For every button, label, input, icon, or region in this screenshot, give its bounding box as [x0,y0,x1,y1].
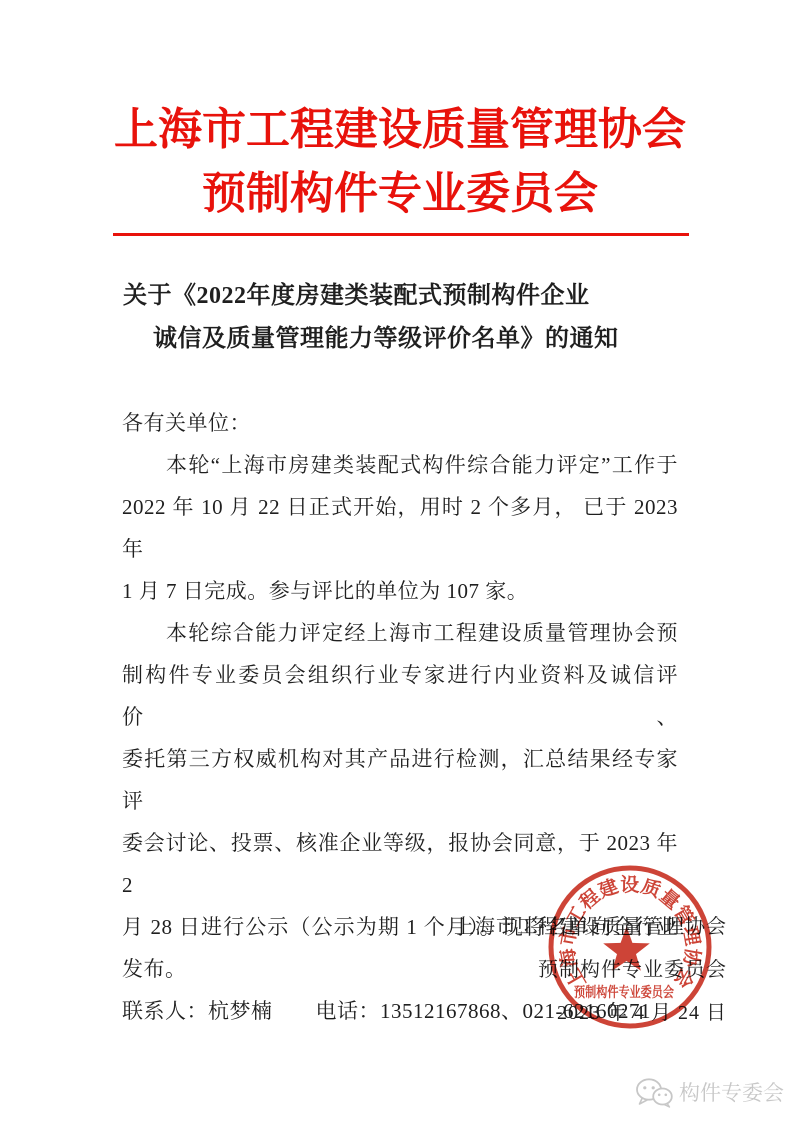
wechat-icon [635,1077,673,1108]
body-line: 本轮“上海市房建类装配式构件综合能力评定”工作于 [122,444,678,486]
letterhead-title-line2: 预制构件专业委员会 [0,162,800,226]
notice-subject: 关于《2022年度房建类装配式预制构件企业 诚信及质量管理能力等级评价名单》的通… [123,275,619,361]
signature-block: 上海市工程建设质量管理协会 预制构件专业委员会 2023 年 4 月 24 日 [454,906,727,1035]
letterhead-title-line1: 上海市工程建设质量管理协会 [0,98,800,162]
subject-line2: 诚信及质量管理能力等级评价名单》的通知 [123,318,619,361]
body-line: 2022 年 10 月 22 日正式开始，用时 2 个多月， 已于 2023 年 [122,486,678,570]
letterhead: 上海市工程建设质量管理协会 预制构件专业委员会 [0,98,800,226]
body-line: 1 月 7 日完成。参与评比的单位为 107 家。 [122,570,678,612]
body-line: 委托第三方权威机构对其产品进行检测，汇总结果经专家评 [122,738,678,822]
signature-date: 2023 年 4 月 24 日 [454,992,727,1035]
salutation: 各有关单位： [122,402,678,444]
watermark: 构件专委会 [635,1076,784,1108]
body-line: 制构件专业委员会组织行业专家进行内业资料及诚信评价、 [122,654,678,738]
body-line: 委会讨论、投票、核准企业等级，报协会同意，于 2023 年 2 [122,822,678,906]
letterhead-rule [113,233,689,236]
signature-org-line1: 上海市工程建设质量管理协会 [454,906,727,949]
subject-line1: 关于《2022年度房建类装配式预制构件企业 [123,275,619,318]
body-line: 本轮综合能力评定经上海市工程建设质量管理协会预 [122,612,678,654]
signature-org-line2: 预制构件专业委员会 [454,949,727,992]
document-page: 上海市工程建设质量管理协会 预制构件专业委员会 关于《2022年度房建类装配式预… [0,0,800,1131]
watermark-label: 构件专委会 [679,1077,784,1107]
